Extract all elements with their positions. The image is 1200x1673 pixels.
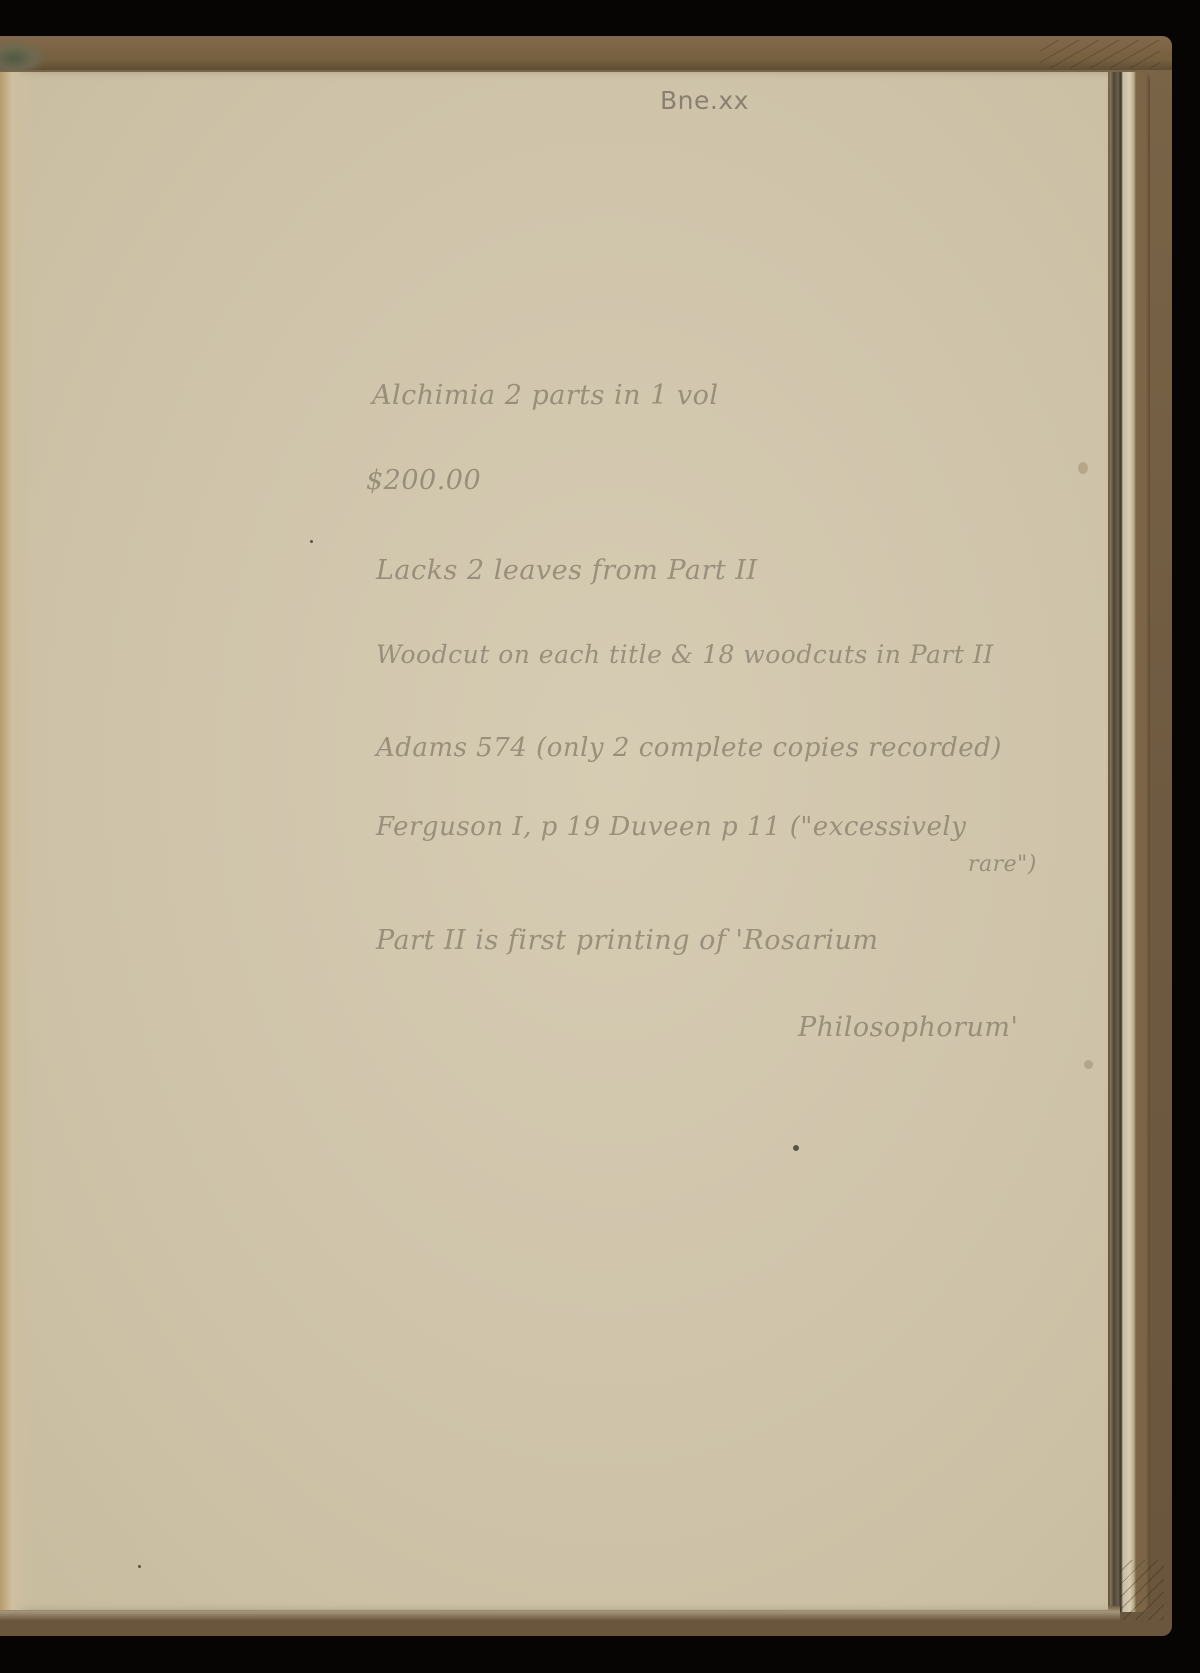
note-price: $200.00: [366, 465, 481, 496]
ink-speck: [793, 1145, 799, 1151]
note-rosarium-cont: Philosophorum': [798, 1012, 1018, 1043]
ink-speck: [138, 1565, 141, 1568]
spine-wear-mark: [0, 40, 46, 70]
note-woodcuts: Woodcut on each title & 18 woodcuts in P…: [376, 640, 994, 669]
note-ferguson-duveen: Ferguson I, p 19 Duveen p 11 ("excessive…: [376, 812, 966, 842]
book-top-edge: [0, 36, 1172, 70]
page-fore-edge: [1110, 72, 1150, 1612]
ink-speck: [310, 540, 313, 543]
note-ferguson-duveen-cont: rare"): [968, 852, 1037, 877]
foxing-spot: [1084, 1060, 1093, 1069]
cover-texture-corner: [1120, 1560, 1164, 1620]
shelfmark: Bne.xx: [660, 86, 749, 115]
note-rosarium: Part II is first printing of 'Rosarium: [376, 925, 878, 956]
page-gutter: [0, 72, 34, 1610]
foxing-spot: [1078, 462, 1088, 474]
note-adams-reference: Adams 574 (only 2 complete copies record…: [376, 733, 1002, 763]
note-lacks: Lacks 2 leaves from Part II: [376, 555, 758, 586]
note-title: Alchimia 2 parts in 1 vol: [372, 380, 719, 411]
cover-texture-top: [1040, 40, 1160, 68]
